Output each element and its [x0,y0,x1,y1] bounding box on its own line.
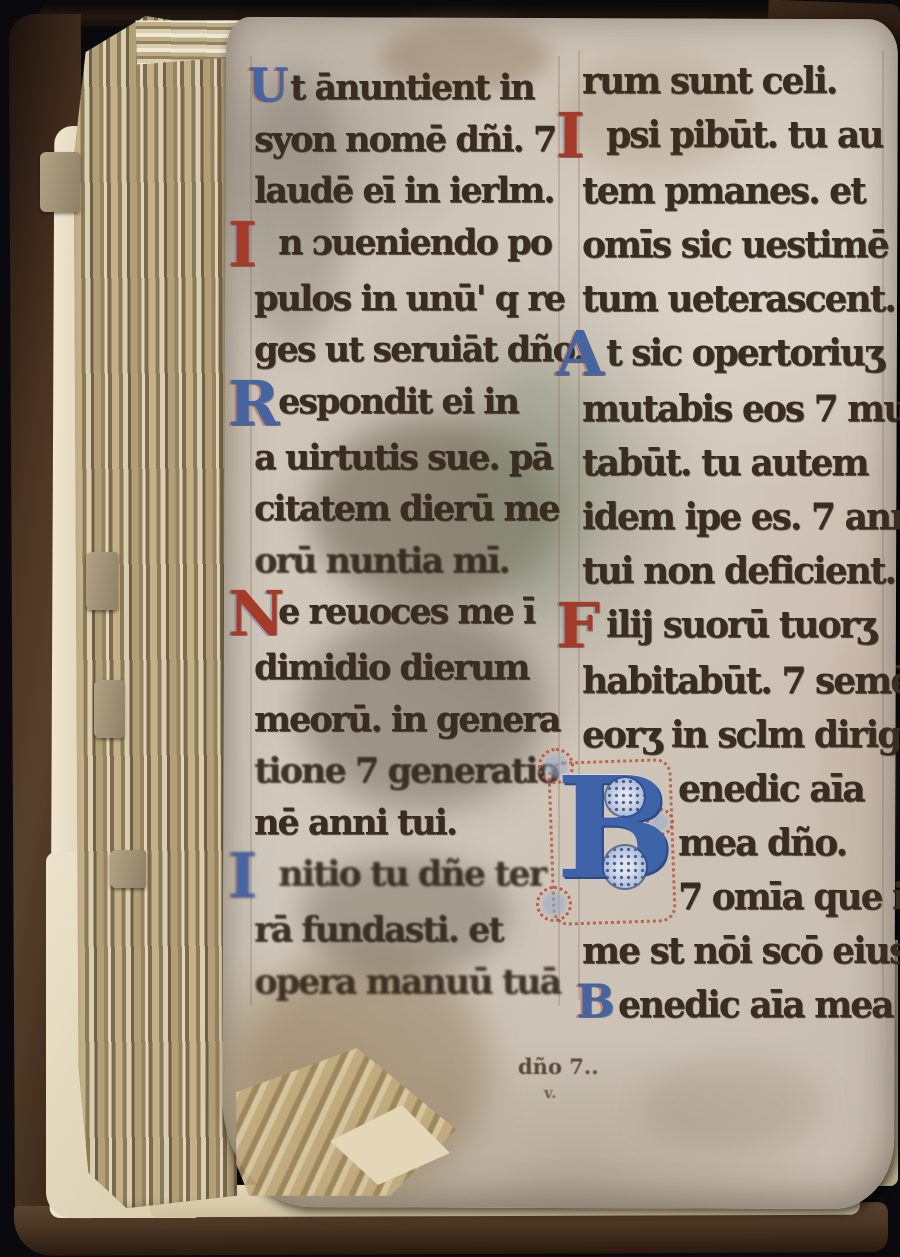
verse: In ɔueniendo po pulos in unū' q re ges u… [254,217,566,376]
verse-initial: N [228,586,278,642]
verse: Ut ānuntient in syon nomē dñi. 7 laudē e… [254,62,566,217]
verse: At sic opertoriuʒ mutabis eos 7 mu tabūt… [582,326,894,598]
fore-edge-tab [86,552,118,610]
verse-initial: B [576,978,618,1024]
text-column-right: rum sunt celi. Ipsi pibūt. tu au tem pma… [582,54,894,1032]
verse: Initio tu dñe ter rā fundasti. et opera … [254,848,566,1007]
verse: Ipsi pibūt. tu au tem pmanes. et omīs si… [582,108,894,326]
manuscript-photo: { "colors": { "background": "#0a0a0e", "… [0,0,900,1257]
text-line: Ne reuoces me ī [254,586,566,642]
verse-initial: F [556,598,606,654]
initial-bowl-ornament [606,778,644,816]
text-line: rum sunt celi. [582,54,894,108]
text-line: mutabis eos 7 mu [582,382,894,436]
text-line: tem pmanes. et [582,164,894,218]
catchword-mark: v. [544,1084,556,1102]
page-edges-stack [73,16,237,1209]
verse: Respondit ei in a uirtutis sue. pā citat… [254,376,566,587]
text-line: At sic opertoriuʒ [582,326,894,382]
text-line: Ipsi pibūt. tu au [582,108,894,164]
text-line: dimidio dierum [254,642,566,694]
text-line: pulos in unū' q re [254,273,566,325]
text-line: orū nuntia mī. [254,535,566,587]
text-line: Benedic aīa mea [582,978,894,1032]
text-line: nē anni tui. [254,797,566,849]
text-line: a uirtutis sue. pā [254,432,566,484]
verse-initial: R [228,376,278,432]
text-line: opera manuū tuā [254,956,566,1008]
verse: Ne reuoces me ī dimidio dierum meorū. in… [254,586,566,848]
verse-initial: I [228,217,278,273]
text-line: omīs sic uestimē [582,218,894,272]
text-line: meorū. in genera [254,694,566,746]
text-line: tui non deficient. [582,544,894,598]
text-line: citatem dierū me [254,483,566,535]
fore-edge-tab [40,152,80,212]
verse-initial: U [248,62,290,108]
text-line: tum ueterascent. [582,272,894,326]
text-line: syon nomē dñi. 7 [254,114,566,166]
text-line: habitabūt. 7 semē [582,654,894,708]
illuminated-initial-B: B [554,768,670,878]
verse-initial: A [556,326,606,382]
text-line: ges ut seruiāt dño. [254,324,566,376]
text-line: In ɔueniendo po [254,217,566,273]
text-line: tabūt. tu autem [582,436,894,490]
text-line: me st nōi scō eius. [582,924,894,978]
verse-initial: I [228,848,278,904]
text-line: tione 7 generatio [254,745,566,797]
initial-bowl-ornament [604,846,646,888]
text-line: idem ipe es. 7 anni [582,490,894,544]
verse: Filij suorū tuorʒ habitabūt. 7 semē eorʒ… [582,598,894,762]
verse: B enedic aīa mea dño. 7 omīa que intra m… [582,762,894,978]
text-line: Respondit ei in [254,376,566,432]
text-line: Initio tu dñe ter [254,848,566,904]
text-line: rā fundasti. et [254,904,566,956]
fore-edge-tab [110,850,146,888]
catchword: dño 7.. [518,1054,599,1079]
text-line: Ut ānuntient in [254,62,566,114]
verse-initial: I [556,108,606,164]
verse: Benedic aīa mea [582,978,894,1032]
text-line: Filij suorū tuorʒ [582,598,894,654]
fore-edge-tab [94,680,124,738]
text-column-left: Ut ānuntient in syon nomē dñi. 7 laudē e… [254,62,566,1007]
text-line: laudē eī in ierlm. [254,165,566,217]
